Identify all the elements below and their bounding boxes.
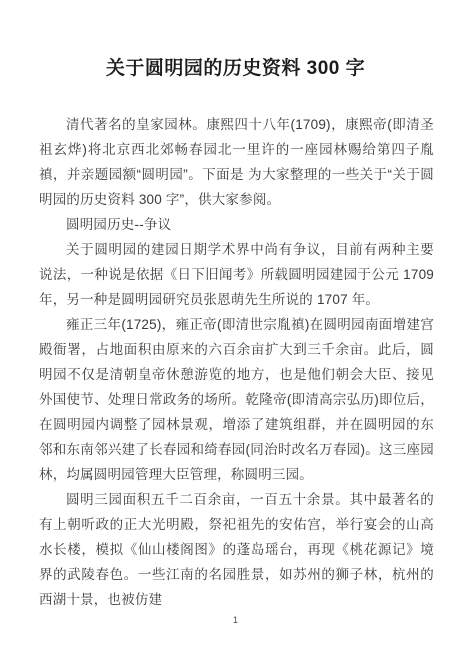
document-body: 清代著名的皇家园林。康熙四十八年(1709)，康熙帝(即清圣祖玄烨)将北京西北郊… <box>39 112 434 612</box>
paragraph-intro: 清代著名的皇家园林。康熙四十八年(1709)，康熙帝(即清圣祖玄烨)将北京西北郊… <box>39 112 434 212</box>
paragraph-scenery: 圆明三园面积五千二百余亩，一百五十余景。其中最著名的有上朝听政的正大光明殿，祭祀… <box>39 487 434 612</box>
page-number: 1 <box>0 615 471 625</box>
paragraph-yongzheng-qianlong: 雍正三年(1725)，雍正帝(即清世宗胤禛)在圆明园南面增建宫殿衙署，占地面积由… <box>39 312 434 487</box>
paragraph-founding-date: 关于圆明园的建园日期学术界中尚有争议，目前有两种主要说法，一种说是依据《日下旧闻… <box>39 237 434 312</box>
document-page: 关于圆明园的历史资料 300 字 清代著名的皇家园林。康熙四十八年(1709)，… <box>0 0 471 667</box>
page-title: 关于圆明园的历史资料 300 字 <box>30 57 441 81</box>
section-heading-dispute: 圆明园历史--争议 <box>39 212 434 237</box>
